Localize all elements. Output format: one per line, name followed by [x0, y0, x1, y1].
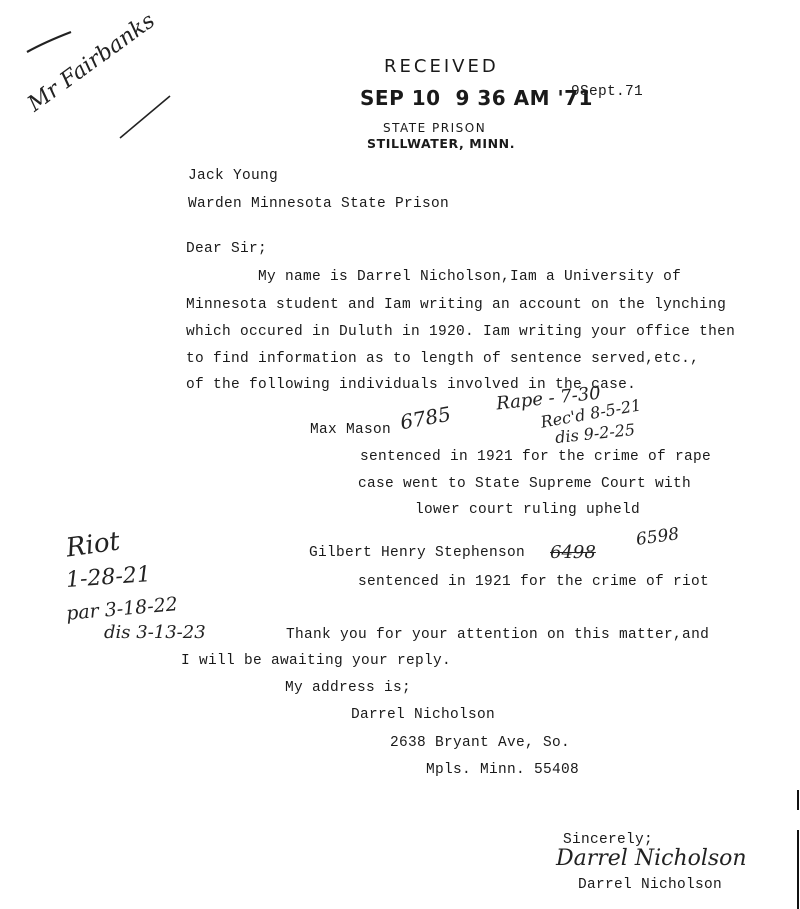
handwritten-riot-label: Riot — [64, 526, 122, 563]
stamp-stillwater: STILLWATER, MINN. — [367, 136, 515, 151]
individual-detail: case went to State Supreme Court with — [358, 476, 691, 492]
body-line-2: Minnesota student and Iam writing an acc… — [186, 297, 726, 313]
handwritten-riot-parole: par 3-18-22 — [65, 593, 178, 625]
individual-detail: sentenced in 1921 for the crime of riot — [358, 574, 709, 590]
body-line-3: which occured in Duluth in 1920. Iam wri… — [186, 324, 735, 340]
stamp-state-prison: STATE PRISON — [383, 121, 486, 135]
closing-line-1: Thank you for your attention on this mat… — [286, 627, 709, 643]
individual-detail: lower court ruling upheld — [415, 502, 640, 518]
stamp-received: RECEIVED — [384, 56, 499, 77]
scan-edge-mark — [797, 790, 799, 810]
handwritten-underline-stroke — [118, 92, 178, 142]
handwritten-inmate-number: 6785 — [398, 402, 452, 434]
letter-date: 9Sept.71 — [571, 84, 643, 100]
handwritten-struck-number: 6498 — [550, 542, 596, 563]
address-intro: My address is; — [285, 680, 411, 696]
individual-name: Gilbert Henry Stephenson — [309, 545, 525, 561]
body-line-1: My name is Darrel Nicholson,Iam a Univer… — [186, 269, 681, 285]
handwritten-riot-discharge: dis 3-13-23 — [104, 622, 206, 643]
handwritten-signature: Darrel Nicholson — [556, 846, 747, 871]
handwritten-slash-mark — [25, 28, 75, 58]
closing-line-2: I will be awaiting your reply. — [181, 653, 451, 669]
scan-edge-mark — [797, 830, 799, 909]
stamp-datetime: SEP 10 9 36 AM '71 — [360, 86, 593, 110]
address-street: 2638 Bryant Ave, So. — [390, 735, 570, 751]
individual-name: Max Mason — [310, 422, 391, 438]
recipient-title: Warden Minnesota State Prison — [188, 196, 449, 212]
recipient-name: Jack Young — [188, 168, 278, 184]
body-line-4: to find information as to length of sent… — [186, 351, 699, 367]
address-city: Mpls. Minn. 55408 — [426, 762, 579, 778]
individual-detail: sentenced in 1921 for the crime of rape — [360, 449, 711, 465]
handwritten-riot-date: 1-28-21 — [65, 562, 151, 593]
salutation: Dear Sir; — [186, 241, 267, 257]
letter-page: Mr Fairbanks RECEIVED SEP 10 9 36 AM '71… — [0, 0, 800, 909]
signoff-typed-name: Darrel Nicholson — [578, 877, 722, 893]
address-name: Darrel Nicholson — [351, 707, 495, 723]
handwritten-inmate-number: 6598 — [635, 524, 681, 550]
